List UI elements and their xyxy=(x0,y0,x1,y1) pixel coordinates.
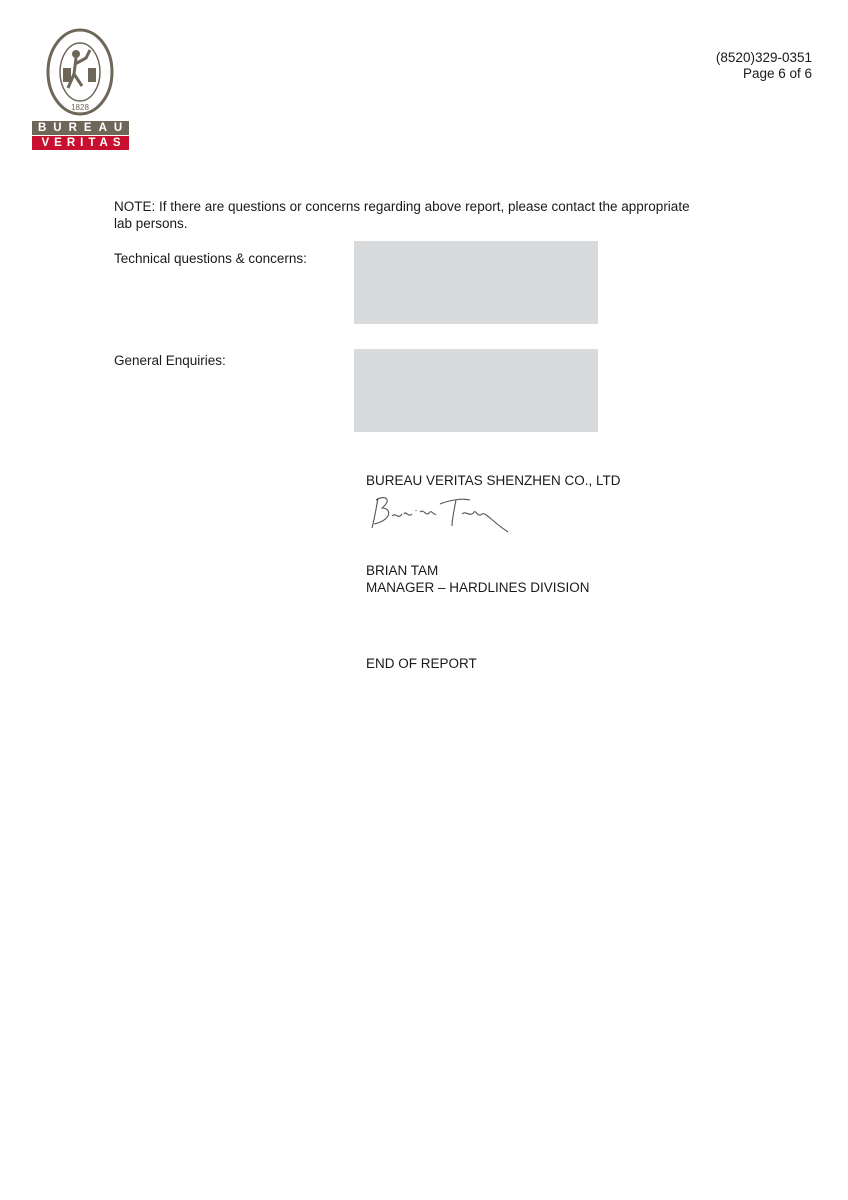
general-enquiries-label: General Enquiries: xyxy=(114,352,226,369)
company-name: BUREAU VERITAS SHENZHEN CO., LTD xyxy=(366,472,621,489)
page-header-info: (8520)329-0351 Page 6 of 6 xyxy=(716,50,812,82)
signature-icon xyxy=(366,490,516,538)
phone-number: (8520)329-0351 xyxy=(716,50,812,66)
note-line-1: NOTE: If there are questions or concerns… xyxy=(114,198,690,215)
technical-contact-label: Technical questions & concerns: xyxy=(114,250,307,267)
end-of-report: END OF REPORT xyxy=(366,655,477,672)
svg-text:1828: 1828 xyxy=(71,103,89,112)
bureau-veritas-logo: 1828 BUREAU VERITAS xyxy=(28,24,134,154)
technical-contact-redacted xyxy=(354,241,598,324)
logo-veritas-bar: VERITAS xyxy=(32,136,129,150)
signatory-title: MANAGER – HARDLINES DIVISION xyxy=(366,579,590,596)
page-number: Page 6 of 6 xyxy=(716,66,812,82)
note-line-2: lab persons. xyxy=(114,215,188,232)
logo-bureau-bar: BUREAU xyxy=(32,121,129,135)
emblem-icon: 1828 xyxy=(46,28,114,116)
signatory-name: BRIAN TAM xyxy=(366,562,438,579)
general-enquiries-redacted xyxy=(354,349,598,432)
